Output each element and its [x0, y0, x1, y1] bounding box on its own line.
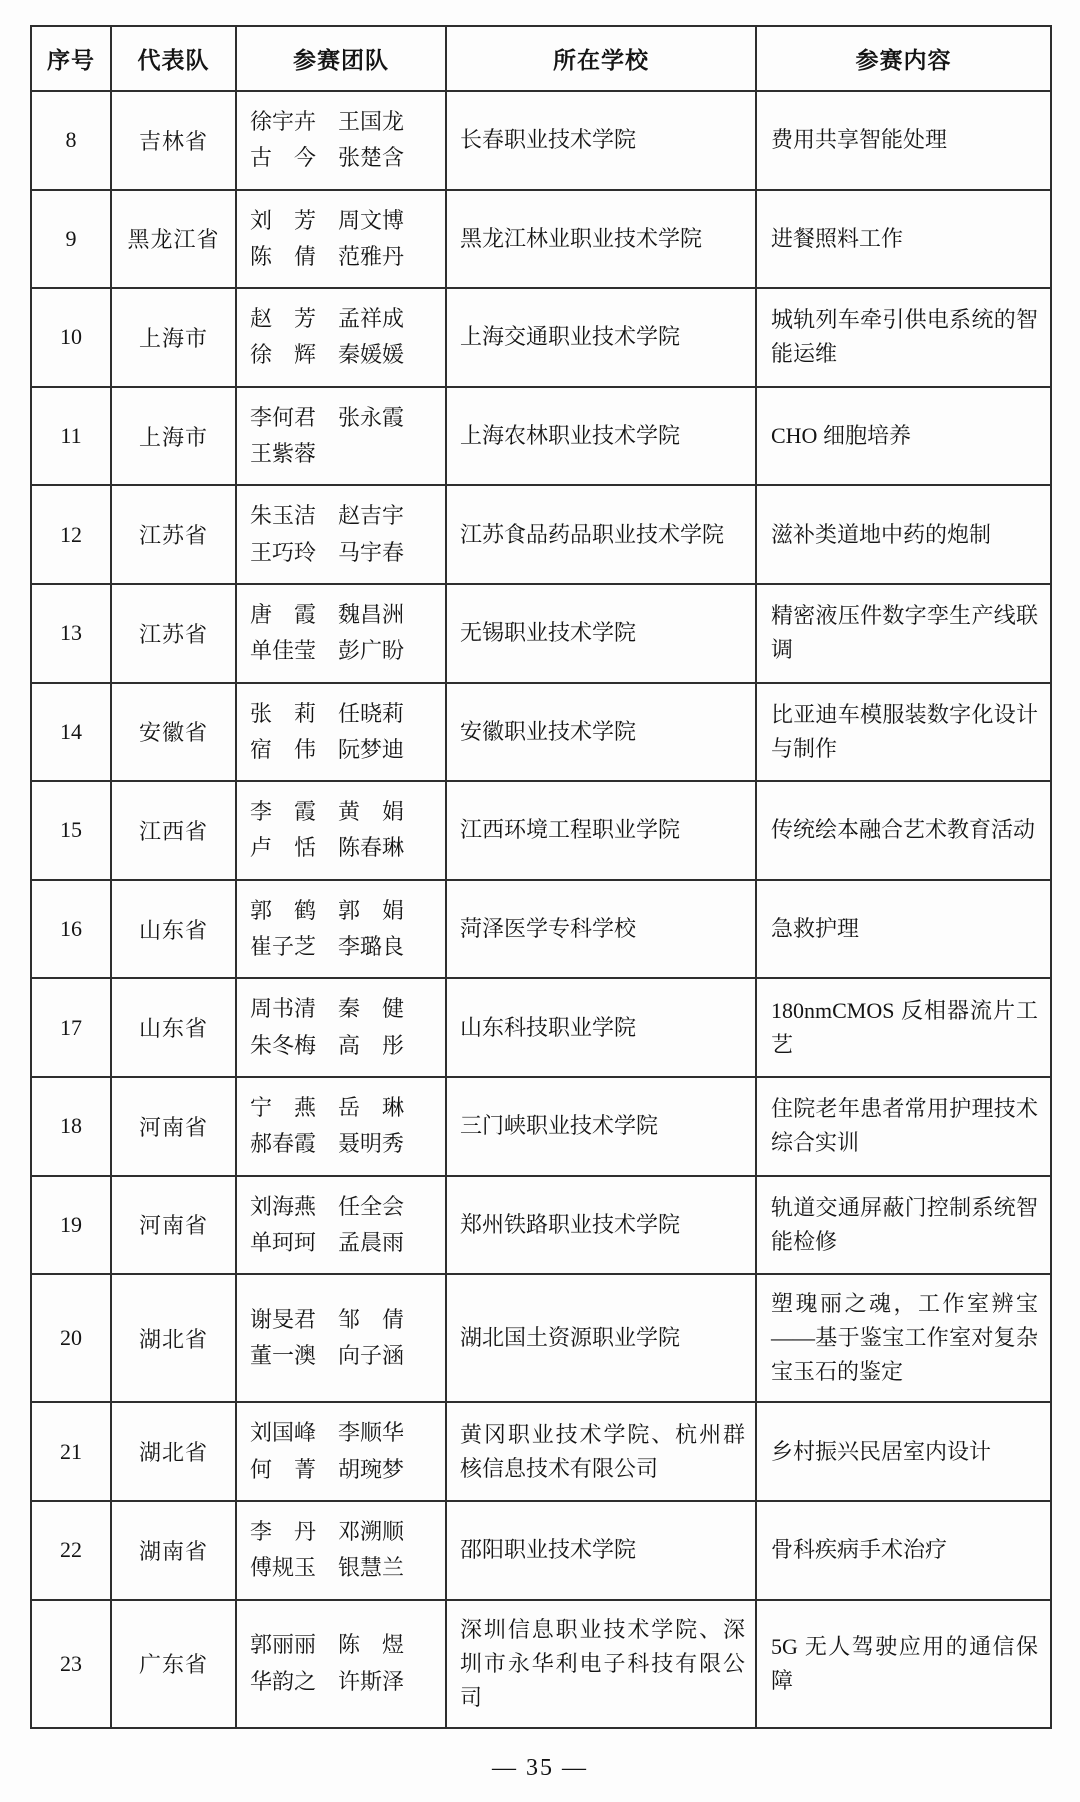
- members-line-1: 李 霞 黄 娟: [250, 794, 435, 830]
- cell-content: 骨科疾病手术治疗: [756, 1501, 1051, 1600]
- table-row: 11 上海市 李何君 张永霞 王紫蓉 上海农林职业技术学院 CHO 细胞培养: [31, 387, 1051, 486]
- cell-content: 费用共享智能处理: [756, 91, 1051, 190]
- contest-roster-table: 序号 代表队 参赛团队 所在学校 参赛内容 8 吉林省 徐宇卉 王国龙 古 今 …: [30, 25, 1052, 1729]
- cell-members: 郭丽丽 陈 煜 华韵之 许斯泽: [236, 1600, 446, 1728]
- table-row: 22 湖南省 李 丹 邓溯顺 傅规玉 银慧兰 邵阳职业技术学院 骨科疾病手术治疗: [31, 1501, 1051, 1600]
- cell-content: 180nmCMOS 反相器流片工艺: [756, 978, 1051, 1077]
- cell-members: 周书清 秦 健 朱冬梅 高 彤: [236, 978, 446, 1077]
- cell-school: 深圳信息职业技术学院、深圳市永华利电子科技有限公司: [446, 1600, 756, 1728]
- members-line-1: 李 丹 邓溯顺: [250, 1514, 435, 1550]
- members-line-2: 何 菁 胡琬梦: [250, 1452, 435, 1488]
- cell-content: 5G 无人驾驶应用的通信保障: [756, 1600, 1051, 1728]
- members-line-2: 朱冬梅 高 彤: [250, 1028, 435, 1064]
- cell-members: 李 霞 黄 娟 卢 恬 陈春琳: [236, 781, 446, 880]
- cell-school: 菏泽医学专科学校: [446, 880, 756, 979]
- members-line-1: 张 莉 任晓莉: [250, 696, 435, 732]
- cell-no: 11: [31, 387, 111, 486]
- cell-content: 乡村振兴民居室内设计: [756, 1402, 1051, 1501]
- members-line-1: 周书清 秦 健: [250, 991, 435, 1027]
- cell-delegation: 安徽省: [111, 683, 236, 782]
- cell-delegation: 江西省: [111, 781, 236, 880]
- table-row: 8 吉林省 徐宇卉 王国龙 古 今 张楚含 长春职业技术学院 费用共享智能处理: [31, 91, 1051, 190]
- members-line-1: 朱玉洁 赵吉宇: [250, 498, 435, 534]
- cell-delegation: 湖南省: [111, 1501, 236, 1600]
- table-row: 14 安徽省 张 莉 任晓莉 宿 伟 阮梦迪 安徽职业技术学院 比亚迪车模服装数…: [31, 683, 1051, 782]
- cell-school: 山东科技职业学院: [446, 978, 756, 1077]
- cell-delegation: 江苏省: [111, 584, 236, 683]
- members-line-1: 李何君 张永霞: [250, 400, 435, 436]
- table-row: 21 湖北省 刘国峰 李顺华 何 菁 胡琬梦 黄冈职业技术学院、杭州群核信息技术…: [31, 1402, 1051, 1501]
- table-row: 16 山东省 郭 鹤 郭 娟 崔子芝 李璐良 菏泽医学专科学校 急救护理: [31, 880, 1051, 979]
- cell-content: 住院老年患者常用护理技术综合实训: [756, 1077, 1051, 1176]
- cell-delegation: 江苏省: [111, 485, 236, 584]
- table-row: 17 山东省 周书清 秦 健 朱冬梅 高 彤 山东科技职业学院 180nmCMO…: [31, 978, 1051, 1077]
- cell-content: 城轨列车牵引供电系统的智能运维: [756, 288, 1051, 387]
- members-line-1: 刘 芳 周文博: [250, 203, 435, 239]
- members-line-1: 郭 鹤 郭 娟: [250, 893, 435, 929]
- cell-content: 进餐照料工作: [756, 190, 1051, 289]
- cell-school: 上海交通职业技术学院: [446, 288, 756, 387]
- cell-no: 8: [31, 91, 111, 190]
- table-row: 20 湖北省 谢旻君 邹 倩 董一澳 向子涵 湖北国土资源职业学院 塑瑰丽之魂，…: [31, 1274, 1051, 1402]
- cell-content: 急救护理: [756, 880, 1051, 979]
- cell-members: 徐宇卉 王国龙 古 今 张楚含: [236, 91, 446, 190]
- members-line-2: 宿 伟 阮梦迪: [250, 732, 435, 768]
- header-school: 所在学校: [446, 26, 756, 91]
- members-line-2: 郝春霞 聂明秀: [250, 1126, 435, 1162]
- members-line-2: 华韵之 许斯泽: [250, 1664, 435, 1700]
- cell-members: 朱玉洁 赵吉宇 王巧玲 马宇春: [236, 485, 446, 584]
- cell-members: 宁 燕 岳 琳 郝春霞 聂明秀: [236, 1077, 446, 1176]
- members-line-2: 陈 倩 范雅丹: [250, 239, 435, 275]
- cell-school: 上海农林职业技术学院: [446, 387, 756, 486]
- members-line-1: 刘海燕 任全会: [250, 1189, 435, 1225]
- members-line-2: 董一澳 向子涵: [250, 1338, 435, 1374]
- cell-school: 长春职业技术学院: [446, 91, 756, 190]
- header-no: 序号: [31, 26, 111, 91]
- cell-no: 23: [31, 1600, 111, 1728]
- table-row: 15 江西省 李 霞 黄 娟 卢 恬 陈春琳 江西环境工程职业学院 传统绘本融合…: [31, 781, 1051, 880]
- cell-members: 赵 芳 孟祥成 徐 辉 秦媛媛: [236, 288, 446, 387]
- cell-members: 唐 霞 魏昌洲 单佳莹 彭广盼: [236, 584, 446, 683]
- table-row: 12 江苏省 朱玉洁 赵吉宇 王巧玲 马宇春 江苏食品药品职业技术学院 滋补类道…: [31, 485, 1051, 584]
- cell-school: 邵阳职业技术学院: [446, 1501, 756, 1600]
- cell-delegation: 黑龙江省: [111, 190, 236, 289]
- cell-content: CHO 细胞培养: [756, 387, 1051, 486]
- cell-delegation: 山东省: [111, 880, 236, 979]
- cell-no: 22: [31, 1501, 111, 1600]
- table-body: 8 吉林省 徐宇卉 王国龙 古 今 张楚含 长春职业技术学院 费用共享智能处理 …: [31, 91, 1051, 1728]
- members-line-1: 刘国峰 李顺华: [250, 1415, 435, 1451]
- table-row: 18 河南省 宁 燕 岳 琳 郝春霞 聂明秀 三门峡职业技术学院 住院老年患者常…: [31, 1077, 1051, 1176]
- header-row: 序号 代表队 参赛团队 所在学校 参赛内容: [31, 26, 1051, 91]
- cell-members: 郭 鹤 郭 娟 崔子芝 李璐良: [236, 880, 446, 979]
- cell-content: 传统绘本融合艺术教育活动: [756, 781, 1051, 880]
- cell-no: 16: [31, 880, 111, 979]
- cell-school: 安徽职业技术学院: [446, 683, 756, 782]
- cell-delegation: 湖北省: [111, 1274, 236, 1402]
- table-row: 19 河南省 刘海燕 任全会 单珂珂 孟晨雨 郑州铁路职业技术学院 轨道交通屏蔽…: [31, 1176, 1051, 1275]
- cell-delegation: 河南省: [111, 1077, 236, 1176]
- table-row: 23 广东省 郭丽丽 陈 煜 华韵之 许斯泽 深圳信息职业技术学院、深圳市永华利…: [31, 1600, 1051, 1728]
- cell-delegation: 吉林省: [111, 91, 236, 190]
- cell-delegation: 上海市: [111, 288, 236, 387]
- document-page: 序号 代表队 参赛团队 所在学校 参赛内容 8 吉林省 徐宇卉 王国龙 古 今 …: [0, 0, 1080, 1802]
- cell-members: 刘 芳 周文博 陈 倩 范雅丹: [236, 190, 446, 289]
- cell-no: 10: [31, 288, 111, 387]
- members-line-1: 郭丽丽 陈 煜: [250, 1627, 435, 1663]
- header-content: 参赛内容: [756, 26, 1051, 91]
- members-line-1: 谢旻君 邹 倩: [250, 1302, 435, 1338]
- cell-no: 21: [31, 1402, 111, 1501]
- table-header: 序号 代表队 参赛团队 所在学校 参赛内容: [31, 26, 1051, 91]
- table-row: 9 黑龙江省 刘 芳 周文博 陈 倩 范雅丹 黑龙江林业职业技术学院 进餐照料工…: [31, 190, 1051, 289]
- cell-delegation: 上海市: [111, 387, 236, 486]
- members-line-1: 赵 芳 孟祥成: [250, 301, 435, 337]
- cell-school: 郑州铁路职业技术学院: [446, 1176, 756, 1275]
- page-number: — 35 —: [30, 1729, 1050, 1782]
- cell-delegation: 河南省: [111, 1176, 236, 1275]
- members-line-2: 古 今 张楚含: [250, 140, 435, 176]
- members-line-2: 傅规玉 银慧兰: [250, 1550, 435, 1586]
- cell-content: 比亚迪车模服装数字化设计与制作: [756, 683, 1051, 782]
- cell-school: 湖北国土资源职业学院: [446, 1274, 756, 1402]
- members-line-1: 徐宇卉 王国龙: [250, 104, 435, 140]
- cell-content: 精密液压件数字孪生产线联调: [756, 584, 1051, 683]
- cell-no: 20: [31, 1274, 111, 1402]
- members-line-2: 崔子芝 李璐良: [250, 929, 435, 965]
- cell-no: 19: [31, 1176, 111, 1275]
- members-line-2: 徐 辉 秦媛媛: [250, 337, 435, 373]
- cell-members: 刘国峰 李顺华 何 菁 胡琬梦: [236, 1402, 446, 1501]
- cell-school: 三门峡职业技术学院: [446, 1077, 756, 1176]
- cell-members: 张 莉 任晓莉 宿 伟 阮梦迪: [236, 683, 446, 782]
- cell-content: 滋补类道地中药的炮制: [756, 485, 1051, 584]
- cell-delegation: 湖北省: [111, 1402, 236, 1501]
- cell-no: 9: [31, 190, 111, 289]
- cell-school: 江苏食品药品职业技术学院: [446, 485, 756, 584]
- cell-delegation: 广东省: [111, 1600, 236, 1728]
- cell-school: 黄冈职业技术学院、杭州群核信息技术有限公司: [446, 1402, 756, 1501]
- cell-members: 刘海燕 任全会 单珂珂 孟晨雨: [236, 1176, 446, 1275]
- cell-no: 14: [31, 683, 111, 782]
- members-line-2: 卢 恬 陈春琳: [250, 830, 435, 866]
- table-row: 10 上海市 赵 芳 孟祥成 徐 辉 秦媛媛 上海交通职业技术学院 城轨列车牵引…: [31, 288, 1051, 387]
- cell-no: 18: [31, 1077, 111, 1176]
- cell-school: 江西环境工程职业学院: [446, 781, 756, 880]
- cell-members: 谢旻君 邹 倩 董一澳 向子涵: [236, 1274, 446, 1402]
- cell-delegation: 山东省: [111, 978, 236, 1077]
- members-line-2: 单珂珂 孟晨雨: [250, 1225, 435, 1261]
- cell-no: 12: [31, 485, 111, 584]
- cell-no: 15: [31, 781, 111, 880]
- table-row: 13 江苏省 唐 霞 魏昌洲 单佳莹 彭广盼 无锡职业技术学院 精密液压件数字孪…: [31, 584, 1051, 683]
- header-delegation: 代表队: [111, 26, 236, 91]
- members-line-1: 唐 霞 魏昌洲: [250, 597, 435, 633]
- cell-content: 轨道交通屏蔽门控制系统智能检修: [756, 1176, 1051, 1275]
- cell-content: 塑瑰丽之魂，工作室辨宝——基于鉴宝工作室对复杂宝玉石的鉴定: [756, 1274, 1051, 1402]
- cell-no: 17: [31, 978, 111, 1077]
- cell-members: 李何君 张永霞 王紫蓉: [236, 387, 446, 486]
- cell-school: 无锡职业技术学院: [446, 584, 756, 683]
- members-line-2: 单佳莹 彭广盼: [250, 633, 435, 669]
- members-line-2: 王紫蓉: [250, 436, 435, 472]
- members-line-1: 宁 燕 岳 琳: [250, 1090, 435, 1126]
- members-line-2: 王巧玲 马宇春: [250, 535, 435, 571]
- cell-members: 李 丹 邓溯顺 傅规玉 银慧兰: [236, 1501, 446, 1600]
- cell-school: 黑龙江林业职业技术学院: [446, 190, 756, 289]
- header-members: 参赛团队: [236, 26, 446, 91]
- cell-no: 13: [31, 584, 111, 683]
